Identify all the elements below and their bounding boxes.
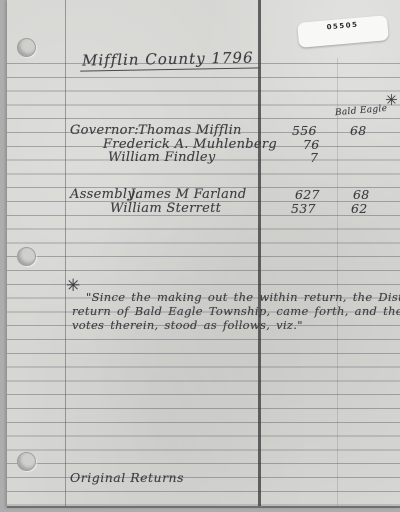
archive-label-number: 05505 <box>326 21 358 32</box>
page-fold-line <box>258 0 261 506</box>
vote-count: 537 <box>291 201 316 216</box>
bald-eagle-vote-count: 62 <box>351 201 368 216</box>
bald-eagle-vote-count: 68 <box>353 187 370 202</box>
candidate-name: Thomas Mifflin <box>138 123 242 138</box>
punch-hole-middle <box>17 247 36 266</box>
footnote-line: votes therein, stood as follows, viz." <box>72 318 303 332</box>
vote-count: 627 <box>295 187 320 202</box>
table-row: William Sterrett 537 62 <box>7 201 400 215</box>
candidate-name: William Sterrett <box>110 201 221 216</box>
footnote-line: "Since the making out the within return,… <box>86 290 400 304</box>
table-row: Governor: Thomas Mifflin 556 68 <box>7 123 400 137</box>
table-row: Frederick A. Muhlenberg 76 <box>7 137 400 151</box>
candidate-name: James M Farland <box>130 187 246 202</box>
office-label: Governor: <box>70 123 139 138</box>
footnote-line: return of Bald Eagle Township, came fort… <box>72 304 400 318</box>
candidate-name: William Findley <box>108 150 216 165</box>
footnote-marker-icon: ✳ <box>66 276 80 296</box>
footer-annotation: Original Returns <box>70 470 184 485</box>
bald-eagle-vote-count: 68 <box>350 123 367 138</box>
archive-label-sticker: 05505 <box>297 15 389 48</box>
table-row: Assembly: James M Farland 627 68 <box>7 187 400 201</box>
table-row: William Findley 7 <box>7 150 400 164</box>
punch-hole-top <box>17 38 36 57</box>
vote-count: 556 <box>292 123 317 138</box>
punch-hole-bottom <box>17 452 36 471</box>
left-margin-line <box>65 0 66 506</box>
page-title: Mifflin County 1796 <box>80 48 260 71</box>
scanned-notebook-page: 05505 Mifflin County 1796 ✳ Bald Eagle G… <box>7 0 400 508</box>
vote-count: 7 <box>310 150 318 165</box>
